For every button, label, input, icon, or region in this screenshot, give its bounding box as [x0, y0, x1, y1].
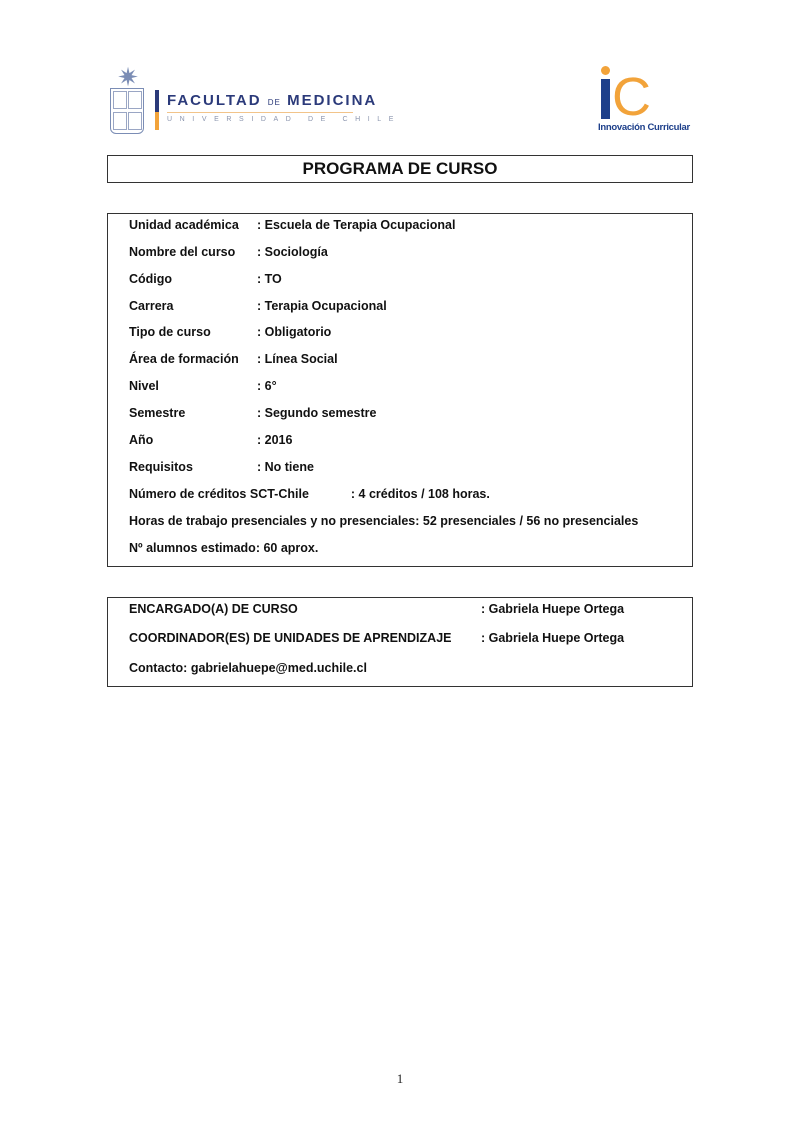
info-label: Tipo de curso	[129, 324, 257, 340]
info-row-area: Área de formación: Línea Social	[129, 351, 338, 367]
info-row-nombre: Nombre del curso: Sociología	[129, 244, 328, 260]
info-label: Código	[129, 271, 257, 287]
info-value: : Línea Social	[257, 351, 338, 367]
university-crest-icon: ✷	[107, 62, 147, 138]
info-label: Año	[129, 432, 257, 448]
info-row-codigo: Código: TO	[129, 271, 282, 287]
info-value: : No tiene	[257, 459, 314, 475]
staff-row-coordinador: COORDINADOR(ES) DE UNIDADES DE APRENDIZA…	[129, 630, 624, 646]
info-row-alumnos: Nº alumnos estimado: 60 aprox.	[129, 540, 318, 556]
contact-label: Contacto:	[129, 661, 187, 675]
info-label: Horas de trabajo presenciales y no prese…	[129, 513, 419, 529]
logo-divider-bar	[155, 90, 159, 130]
staff-value: : Gabriela Huepe Ortega	[481, 631, 624, 645]
info-value: : Sociología	[257, 244, 328, 260]
course-info-box: Unidad académica: Escuela de Terapia Ocu…	[107, 213, 693, 567]
info-label: Requisitos	[129, 459, 257, 475]
info-value: : Obligatorio	[257, 324, 331, 340]
facultad-medicina-logo: ✷ FACULTAD DE MEDICINA UNIVERSIDAD DE CH…	[107, 62, 357, 140]
page-title: PROGRAMA DE CURSO	[108, 156, 692, 181]
info-row-creditos: Número de créditos SCT-Chile: 4 créditos…	[129, 486, 490, 502]
info-row-tipo: Tipo de curso: Obligatorio	[129, 324, 331, 340]
info-value: : Terapia Ocupacional	[257, 298, 387, 314]
info-label: Nivel	[129, 378, 257, 394]
university-name: UNIVERSIDAD DE CHILE	[167, 116, 401, 123]
faculty-name-part1: FACULTAD	[167, 92, 262, 109]
innovacion-curricular-logo: C Innovación Curricular	[592, 64, 686, 138]
info-value: : Segundo semestre	[257, 405, 376, 421]
info-label: Semestre	[129, 405, 257, 421]
info-label: Nº alumnos estimado:	[129, 540, 260, 556]
info-label: Unidad académica	[129, 217, 257, 233]
info-value: : 6°	[257, 378, 277, 394]
info-row-carrera: Carrera: Terapia Ocupacional	[129, 298, 387, 314]
faculty-name-part2: MEDICINA	[287, 92, 377, 109]
contact-email: gabrielahuepe@med.uchile.cl	[191, 661, 367, 675]
staff-value: : Gabriela Huepe Ortega	[481, 602, 624, 616]
info-label: Área de formación	[129, 351, 257, 367]
info-label: Nombre del curso	[129, 244, 257, 260]
page-number: 1	[0, 1071, 800, 1087]
logo-rule	[167, 112, 353, 113]
staff-label: COORDINADOR(ES) DE UNIDADES DE APRENDIZA…	[129, 630, 481, 646]
info-value: 52 presenciales / 56 no presenciales	[423, 513, 638, 529]
info-row-requisitos: Requisitos: No tiene	[129, 459, 314, 475]
course-staff-box: ENCARGADO(A) DE CURSO: Gabriela Huepe Or…	[107, 597, 693, 687]
ic-caption: Innovación Curricular	[598, 122, 690, 133]
staff-label: ENCARGADO(A) DE CURSO	[129, 601, 481, 617]
faculty-name: FACULTAD DE MEDICINA	[167, 92, 377, 109]
info-row-horas: Horas de trabajo presenciales y no prese…	[129, 513, 638, 529]
info-row-nivel: Nivel: 6°	[129, 378, 277, 394]
info-value: : TO	[257, 271, 282, 287]
faculty-name-connector: DE	[268, 98, 281, 107]
info-value: : 4 créditos / 108 horas.	[351, 486, 490, 502]
info-row-unidad: Unidad académica: Escuela de Terapia Ocu…	[129, 217, 455, 233]
staff-row-contacto: Contacto: gabrielahuepe@med.uchile.cl	[129, 660, 367, 676]
info-label: Número de créditos SCT-Chile	[129, 486, 309, 502]
shield-icon	[110, 88, 144, 134]
info-label: Carrera	[129, 298, 257, 314]
info-row-ano: Año: 2016	[129, 432, 292, 448]
staff-row-encargado: ENCARGADO(A) DE CURSO: Gabriela Huepe Or…	[129, 601, 624, 617]
info-value: : 2016	[257, 432, 292, 448]
info-row-semestre: Semestre: Segundo semestre	[129, 405, 376, 421]
info-value: 60 aprox.	[263, 540, 318, 556]
info-value: : Escuela de Terapia Ocupacional	[257, 217, 455, 233]
title-box: PROGRAMA DE CURSO	[107, 155, 693, 183]
